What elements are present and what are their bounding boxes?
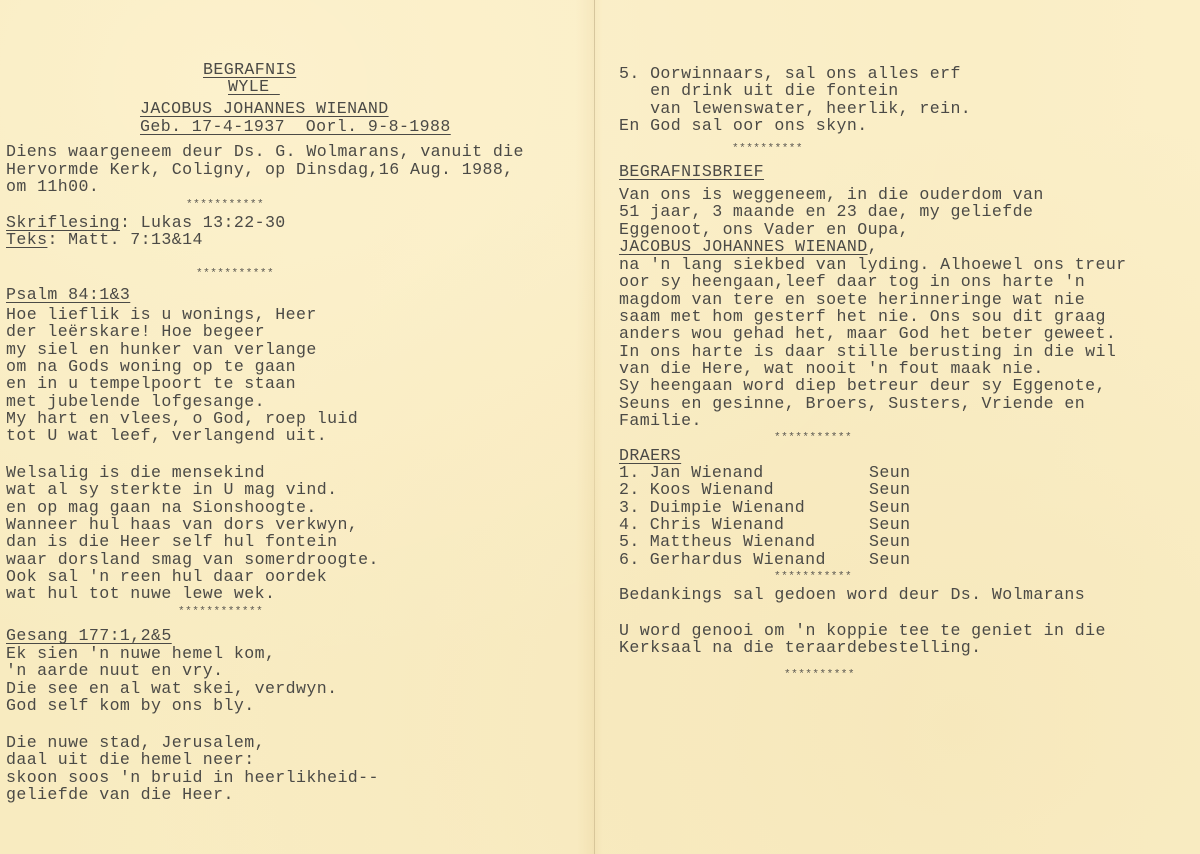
pallbearer-number: 5. [619,532,640,551]
text-line: om na Gods woning op te gaan [6,358,296,375]
text-line: en op mag gaan na Sionshoogte. [6,499,317,516]
text-line: Ek sien 'n nuwe hemel kom, [6,645,275,662]
page-fold [594,0,595,854]
text-line: Ook sal 'n reen hul daar oordek [6,568,327,585]
text-line: Hoe lieflik is u wonings, Heer [6,306,317,323]
text-line: Eggenoot, ons Vader en Oupa, [619,221,909,238]
invitation-line: U word genooi om 'n koppie tee te geniet… [619,622,1106,639]
pallbearer-row: 1.Jan WienandSeun [619,464,764,481]
pallbearer-relation: Seun [869,533,910,550]
text-line: Familie. [619,412,702,429]
pallbearer-relation: Seun [869,481,910,498]
service-info-line: Diens waargeneem deur Ds. G. Wolmarans, … [6,143,524,160]
text-line: oor sy heengaan,leef daar tog in ons har… [619,273,1085,290]
pallbearer-number: 6. [619,550,640,569]
pallbearer-number: 3. [619,498,640,517]
text-line: en in u tempelpoort te staan [6,375,296,392]
separator: *********** [774,569,852,586]
text-line: Van ons is weggeneem, in die ouderdom va… [619,186,1044,203]
pallbearer-number: 2. [619,480,640,499]
pallbearer-relation: Seun [869,516,910,533]
thanks-line: Bedankings sal gedoen word deur Ds. Wolm… [619,586,1085,603]
pallbearers-heading: DRAERS [619,447,681,464]
text-line: 5. Oorwinnaars, sal ons alles erf [619,65,961,82]
left-page: BEGRAFNIS WYLE JACOBUS JOHANNES WIENAND … [6,0,586,536]
pallbearer-name: Mattheus Wienand [650,532,816,551]
text-line: skoon soos 'n bruid in heerlikheid-- [6,769,379,786]
pallbearer-relation: Seun [869,464,910,481]
text-line: van lewenswater, heerlik, rein. [619,100,971,117]
pallbearer-row: 2.Koos WienandSeun [619,481,774,498]
text-line: waar dorsland smag van somerdroogte. [6,551,379,568]
text-line: Die nuwe stad, Jerusalem, [6,734,265,751]
text-value: : Matt. 7:13&14 [47,230,202,249]
text-line: saam met hom gesterf het nie. Ons sou di… [619,308,1106,325]
pallbearer-number: 1. [619,463,640,482]
scripture-reading: Skriflesing: Lukas 13:22-30 [6,214,286,231]
separator: *********** [774,430,852,447]
text-line: Seuns en gesinne, Broers, Susters, Vrien… [619,395,1085,412]
text-line: na 'n lang siekbed van lyding. Alhoewel … [619,256,1127,273]
deceased-name-suffix: , [868,237,878,256]
text-line: Welsalig is die mensekind [6,464,265,481]
pallbearer-row: 4.Chris WienandSeun [619,516,784,533]
pallbearer-relation: Seun [869,551,910,568]
pallbearer-number: 4. [619,515,640,534]
header-subtitle-text: WYLE [228,77,269,96]
letter-heading: BEGRAFNISBRIEF [619,163,764,180]
text-line: 51 jaar, 3 maande en 23 dae, my geliefde [619,203,1033,220]
text-line: dan is die Heer self hul fontein [6,533,337,550]
pallbearer-row: 5.Mattheus WienandSeun [619,533,815,550]
pallbearer-relation: Seun [869,499,910,516]
text-line: anders wou gehad het, maar God het beter… [619,325,1116,342]
letter-deceased-name: JACOBUS JOHANNES WIENAND, [619,238,878,255]
separator: ********** [732,141,803,158]
pallbearer-name: Koos Wienand [650,480,774,499]
header-dates: Geb. 17-4-1937 Oorl. 9-8-1988 [140,118,451,135]
separator: ********** [784,667,855,684]
text-line: Sy heengaan word diep betreur deur sy Eg… [619,377,1106,394]
gesang-heading: Gesang 177:1,2&5 [6,627,172,644]
psalm-heading: Psalm 84:1&3 [6,286,130,303]
pallbearer-row: 3.Duimpie WienandSeun [619,499,805,516]
text-line: geliefde van die Heer. [6,786,234,803]
text-line: wat hul tot nuwe lewe wek. [6,585,275,602]
sermon-text: Teks: Matt. 7:13&14 [6,231,203,248]
text-label: Teks [6,230,47,249]
pallbearer-row: 6.Gerhardus WienandSeun [619,551,826,568]
text-line: met jubelende lofgesange. [6,393,265,410]
pallbearer-name: Gerhardus Wienand [650,550,826,569]
service-info-line: om 11h00. [6,178,99,195]
header-title: BEGRAFNIS [203,61,296,78]
text-line: wat al sy sterkte in U mag vind. [6,481,337,498]
deceased-name: JACOBUS JOHANNES WIENAND [619,237,868,256]
text-line: van die Here, wat nooit 'n fout maak nie… [619,360,1044,377]
invitation-line: Kerksaal na die teraardebestelling. [619,639,982,656]
text-line: der leërskare! Hoe begeer [6,323,265,340]
pallbearer-name: Chris Wienand [650,515,785,534]
text-line: daal uit die hemel neer: [6,751,255,768]
text-line: En God sal oor ons skyn. [619,117,868,134]
text-line: Die see en al wat skei, verdwyn. [6,680,337,697]
pallbearer-name: Duimpie Wienand [650,498,805,517]
text-line: tot U wat leef, verlangend uit. [6,427,327,444]
text-line: my siel en hunker van verlange [6,341,317,358]
separator: *********** [186,197,264,214]
text-line: God self kom by ons bly. [6,697,255,714]
header-name: JACOBUS JOHANNES WIENAND [140,100,389,117]
text-line: 'n aarde nuut en vry. [6,662,224,679]
header-subtitle: WYLE [228,78,280,95]
text-line: magdom van tere en soete herinneringe wa… [619,291,1085,308]
service-info-line: Hervormde Kerk, Coligny, op Dinsdag,16 A… [6,161,514,178]
text-line: Wanneer hul haas van dors verkwyn, [6,516,358,533]
separator: *********** [196,266,274,283]
text-line: In ons harte is daar stille berusting in… [619,343,1116,360]
separator: ************ [178,604,263,621]
text-line: en drink uit die fontein [619,82,899,99]
pallbearer-name: Jan Wienand [650,463,764,482]
right-page: 5. Oorwinnaars, sal ons alles erf en dri… [619,0,1199,467]
text-line: My hart en vlees, o God, roep luid [6,410,358,427]
